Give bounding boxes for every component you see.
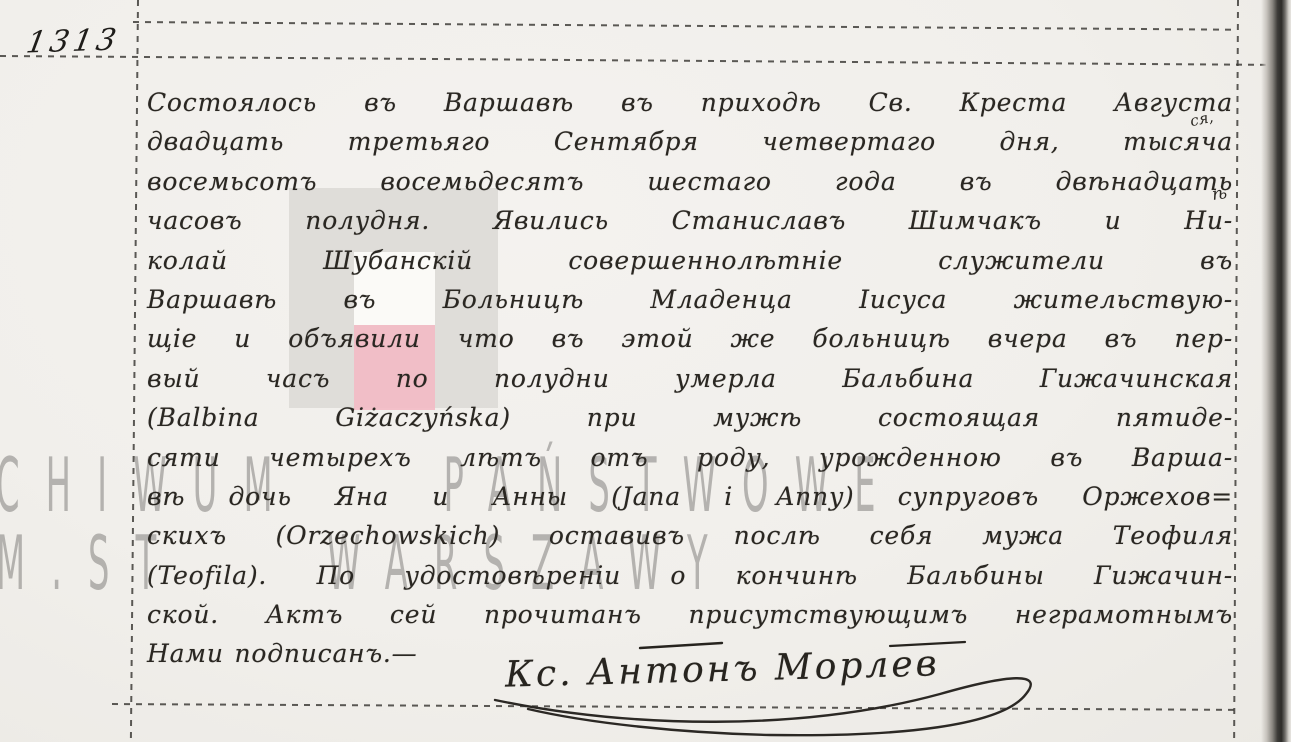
- margin-superscript-mark: ѣ: [1211, 183, 1229, 205]
- handwriting-line: Состоялось въ Варшавѣ въ приходѣ Св. Кре…: [147, 83, 1233, 122]
- handwriting-line: скихъ (Orzechowskich) оставивъ послѣ себ…: [147, 516, 1233, 555]
- handwriting-line: ской. Актъ сей прочитанъ присутствующимъ…: [147, 595, 1233, 634]
- handwritten-record-text: Состоялось въ Варшавѣ въ приходѣ Св. Кре…: [147, 83, 1233, 674]
- handwriting-line: щіе и объявили что въ этой же больницѣ в…: [147, 319, 1233, 358]
- margin-rule-right: [1233, 0, 1239, 742]
- ruled-line-top-inner: [133, 21, 1237, 31]
- handwriting-line: сяти четырехъ лѣтъ отъ роду, урожденною …: [147, 438, 1233, 477]
- page-edge-shadow: [1261, 0, 1291, 742]
- handwriting-line: (Teofila). По удостовѣреніи о кончинѣ Ба…: [147, 556, 1233, 595]
- handwriting-line: (Balbina Giżaczyńska) при мужѣ состоящая…: [147, 398, 1233, 437]
- handwriting-line: часовъ полудня. Явились Станиславъ Шимча…: [147, 201, 1233, 240]
- handwriting-line: вый часъ по полудни умерла Бальбина Гижа…: [147, 359, 1233, 398]
- ruled-line-top-full: [0, 55, 1291, 66]
- handwriting-line: Варшавѣ въ Больницѣ Младенца Іисуса жите…: [147, 280, 1233, 319]
- handwriting-line: двадцать третьяго Сентября четвертаго дн…: [147, 122, 1233, 161]
- scanned-register-page: CHIWUM PAŃSTWOWE M.ST WARSZAWY 1313 Сост…: [0, 0, 1291, 742]
- handwriting-line: колай Шубанскій совершеннолѣтніе служите…: [147, 241, 1233, 280]
- margin-rule-left: [130, 0, 139, 742]
- handwriting-line: восемьсотъ восемьдесятъ шестаго года въ …: [147, 162, 1233, 201]
- act-number: 1313: [24, 22, 123, 60]
- handwriting-line: вѣ дочь Яна и Анны (Jana i Anny) супруго…: [147, 477, 1233, 516]
